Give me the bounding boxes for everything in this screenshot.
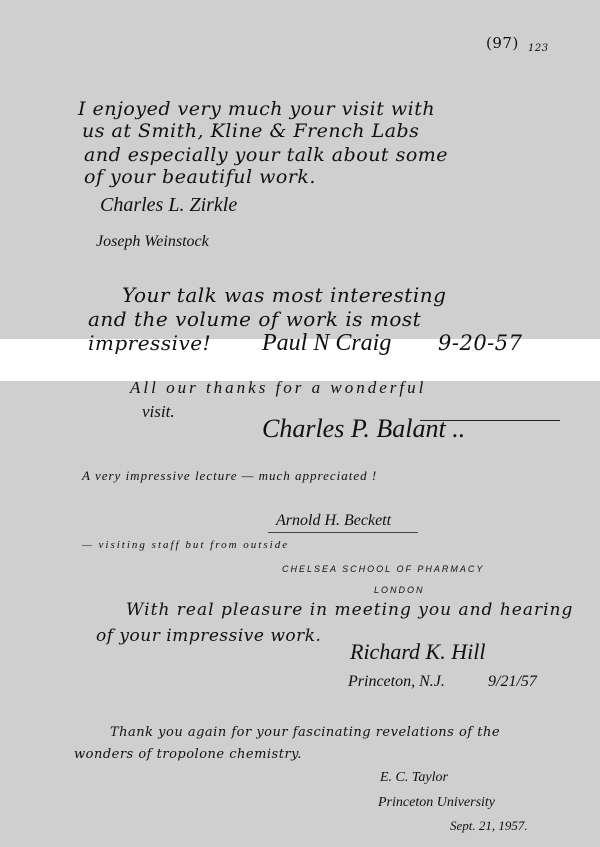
guestbook-page: (97) 123 I enjoyed very much your visit … bbox=[0, 0, 600, 847]
entry-6-line-1: With real pleasure in meeting you and he… bbox=[126, 602, 573, 619]
location-hill: Princeton, N.J. bbox=[348, 674, 445, 690]
signature-hill: Richard K. Hill bbox=[350, 641, 485, 663]
signature-weinstock: Joseph Weinstock bbox=[96, 234, 209, 250]
entry-3-line-2: and the volume of work is most bbox=[88, 309, 421, 329]
entry-5-line-1: A very impressive lecture — much appreci… bbox=[82, 469, 377, 482]
entry-4-line-1: All our thanks for a wonderful bbox=[130, 379, 426, 396]
entry-7-line-2: wonders of tropolone chemistry. bbox=[74, 748, 302, 761]
entry-5-note-1: — visiting staff but from outside bbox=[82, 540, 289, 551]
date-taylor: Sept. 21, 1957. bbox=[450, 819, 528, 832]
signature-underline bbox=[268, 532, 418, 533]
entry-3-line-1: Your talk was most interesting bbox=[122, 285, 446, 305]
signature-craig: Paul N Craig bbox=[262, 331, 391, 355]
entry-1-line-4: of your beautiful work. bbox=[84, 168, 316, 187]
entry-1-line-1: I enjoyed very much your visit with bbox=[78, 100, 435, 119]
entry-4-line-2: visit. bbox=[142, 403, 175, 420]
date-craig: 9-20-57 bbox=[438, 333, 523, 354]
signature-zirkle: Charles L. Zirkle bbox=[100, 195, 237, 215]
entry-6-line-2: of your impressive work. bbox=[96, 628, 321, 645]
page-number-secondary: 123 bbox=[528, 44, 549, 54]
entry-5-note-2: CHELSEA SCHOOL OF PHARMACY bbox=[282, 565, 484, 574]
signature-flourish bbox=[420, 420, 560, 421]
signature-beckett: Arnold H. Beckett bbox=[276, 513, 391, 529]
entry-1-line-3: and especially your talk about some bbox=[84, 146, 448, 165]
date-hill: 9/21/57 bbox=[488, 674, 537, 690]
entry-5-note-3: LONDON bbox=[374, 586, 425, 595]
page-number: (97) bbox=[486, 36, 519, 51]
entry-7-line-1: Thank you again for your fascinating rev… bbox=[110, 726, 500, 739]
location-taylor: Princeton University bbox=[378, 796, 495, 810]
entry-1-line-2: us at Smith, Kline & French Labs bbox=[82, 122, 419, 141]
signature-taylor: E. C. Taylor bbox=[380, 771, 448, 785]
entry-3-line-3: impressive! bbox=[88, 333, 211, 353]
